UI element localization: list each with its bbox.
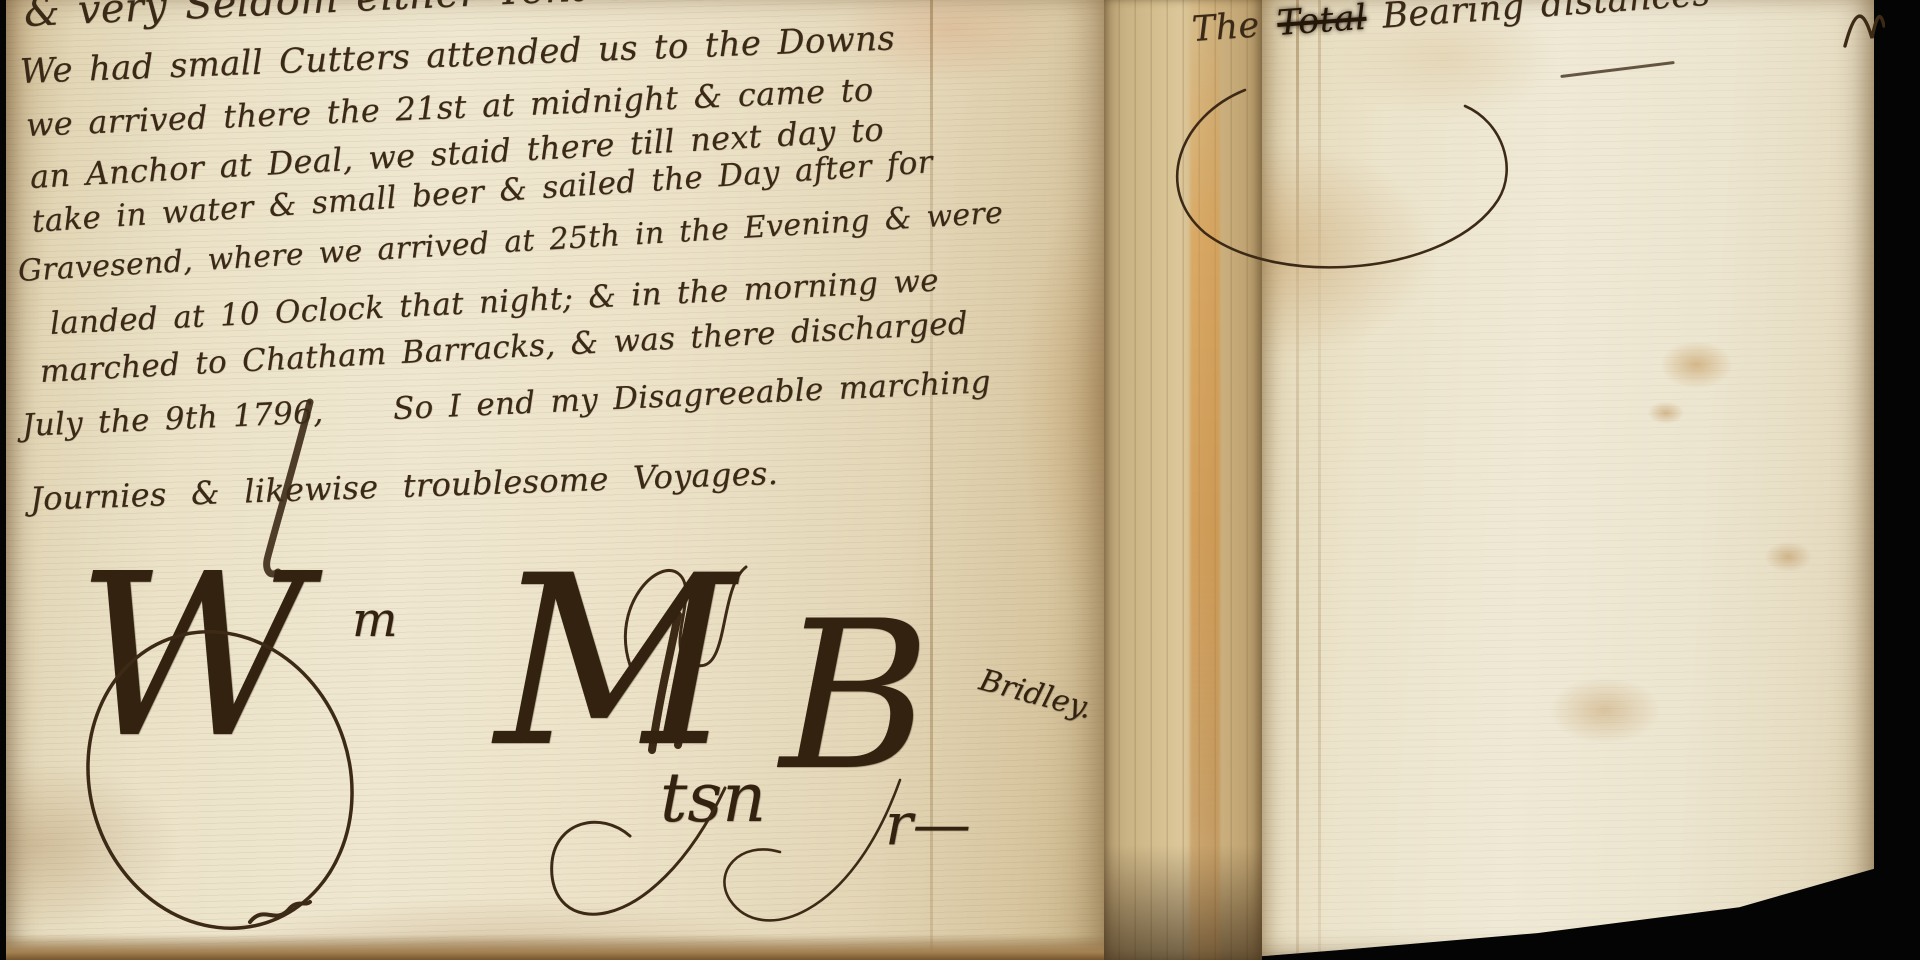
- header-struck-word: Total: [1276, 0, 1368, 44]
- pen-stroke-fragment: [1840, 0, 1885, 48]
- signature-name: M: [495, 545, 736, 780]
- pen-flourish: [700, 760, 920, 950]
- pen-flourish: [70, 610, 380, 950]
- pen-flourish: [1150, 78, 1530, 288]
- manuscript-scan: & very Seldom either Tent or Hut We had …: [0, 0, 1920, 960]
- header-word-the: The: [1191, 5, 1261, 50]
- ink-blot: [246, 896, 316, 930]
